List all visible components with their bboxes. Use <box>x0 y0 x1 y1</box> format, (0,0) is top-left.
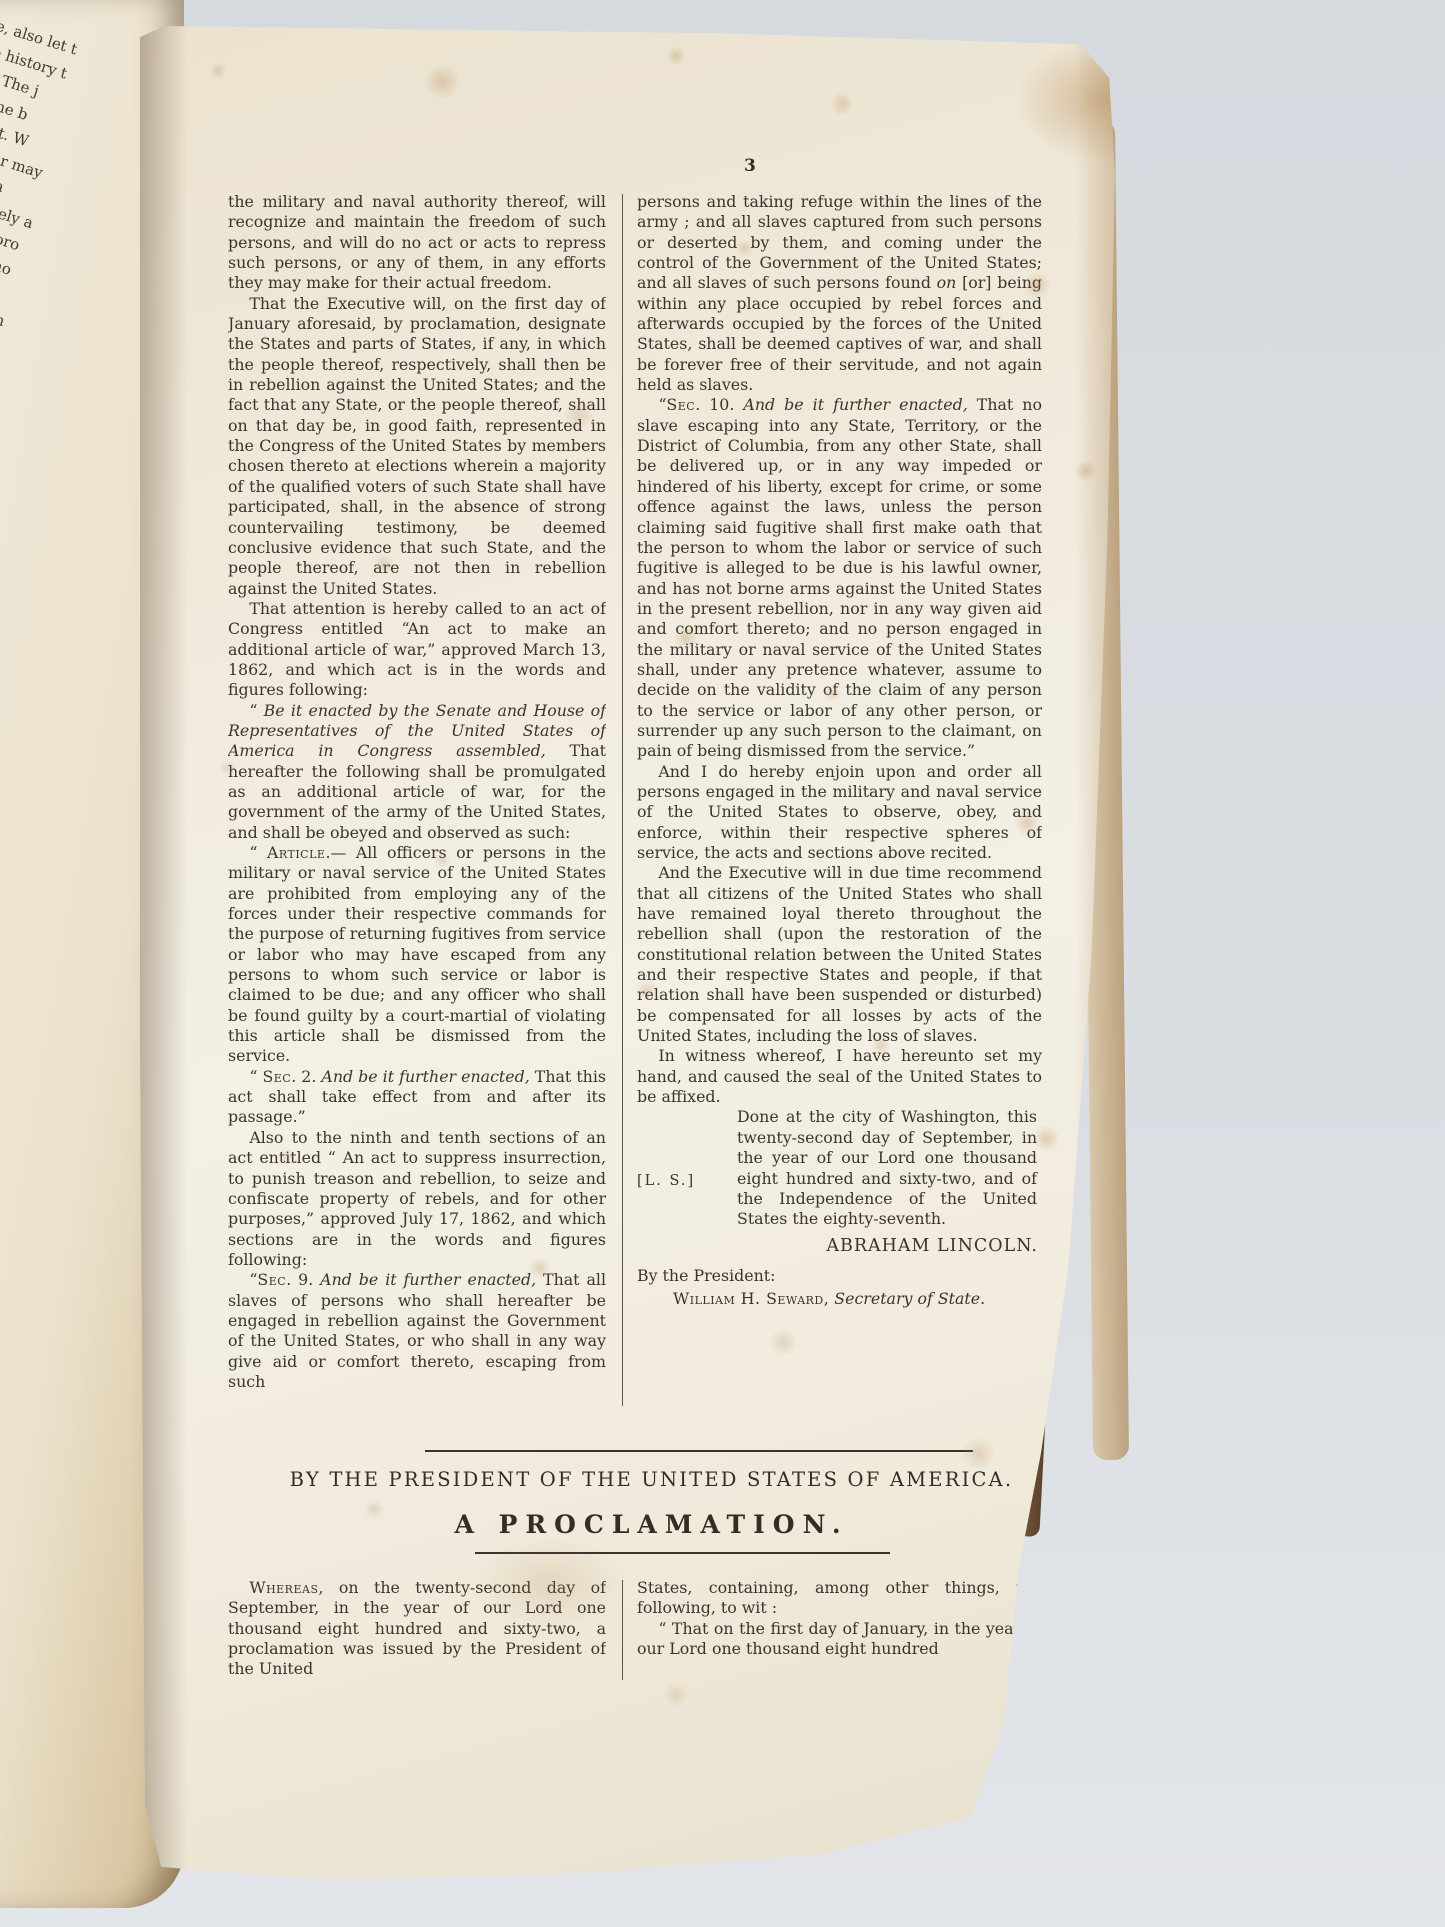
paragraph: Also to the ninth and tenth sections of … <box>228 1128 606 1270</box>
text-run: Article <box>267 843 325 862</box>
text-run: That no slave escaping into any State, T… <box>637 395 1042 760</box>
proclamation-text-columns: Whereas, on the twenty-second day of Sep… <box>228 1578 1042 1680</box>
text-run: “ <box>249 701 263 720</box>
text-run: Sec <box>257 1270 286 1289</box>
section-rule-top <box>425 1450 973 1452</box>
page-number: 3 <box>744 156 757 176</box>
text-run: William H. Seward, <box>673 1289 829 1308</box>
paragraph: “ That on the first day of January, in t… <box>637 1619 1042 1660</box>
text-run: And the Executive will in due time recom… <box>637 863 1042 1045</box>
text-run: And be it further enacted, <box>321 1067 529 1086</box>
text-run: Done at the city of Washington, this twe… <box>737 1107 1037 1228</box>
left-column: the military and naval authority thereof… <box>228 192 606 1406</box>
text-run: . 9. <box>286 1270 320 1289</box>
paragraph: Whereas, on the twenty-second day of Sep… <box>228 1578 606 1680</box>
paragraph: That the Executive will, on the first da… <box>228 294 606 599</box>
paragraph: “Sec. 9. And be it further enacted, That… <box>228 1270 606 1392</box>
page-content: 3 the military and naval authority there… <box>140 26 1115 1880</box>
proclamation-left-column: Whereas, on the twenty-second day of Sep… <box>228 1578 606 1680</box>
paragraph: States, containing, among other things, … <box>637 1578 1042 1619</box>
paragraph: “Sec. 10. And be it further enacted, Tha… <box>637 395 1042 761</box>
text-run: “ That on the first day of January, in t… <box>637 1619 1042 1658</box>
text-run: And be it further enacted, <box>320 1270 536 1289</box>
seal-mark: [L. S.] <box>637 1145 715 1191</box>
text-run: That attention is hereby called to an ac… <box>228 599 606 699</box>
paragraph: “ Be it enacted by the Senate and House … <box>228 701 606 843</box>
text-run: the military and naval authority thereof… <box>228 192 606 292</box>
text-run: Secretary of State. <box>829 1289 985 1308</box>
text-run: And be it further enacted, <box>743 395 967 414</box>
paragraph: And I do hereby enjoin upon and order al… <box>637 762 1042 864</box>
column-rule <box>622 194 623 1406</box>
section-rule-bottom <box>475 1552 890 1554</box>
paragraph: the military and naval authority thereof… <box>228 192 606 294</box>
text-run: States, containing, among other things, … <box>637 1578 1042 1617</box>
text-run: . 2. <box>291 1067 321 1086</box>
paragraph: And the Executive will in due time recom… <box>637 863 1042 1046</box>
text-run: By the President: <box>637 1266 775 1285</box>
text-run: Sec <box>666 395 695 414</box>
text-run: .— All officers or persons in the milita… <box>228 843 606 1065</box>
book-page: 3 the military and naval authority there… <box>140 26 1115 1880</box>
proclamation-subheading: A PROCLAMATION. <box>140 1510 1115 1539</box>
paragraph: [L. S.]Done at the city of Washington, t… <box>637 1107 1042 1229</box>
text-run: on <box>937 273 957 292</box>
paragraph: In witness whereof, I have hereunto set … <box>637 1046 1042 1107</box>
paragraph: That attention is hereby called to an ac… <box>228 599 606 701</box>
text-run: “ <box>249 843 267 862</box>
text-run: Whereas <box>249 1578 318 1597</box>
text-run: That the Executive will, on the first da… <box>228 294 606 598</box>
text-run: . 10. <box>695 395 743 414</box>
text-run: “ <box>249 1067 262 1086</box>
attestation-text: Done at the city of Washington, this twe… <box>737 1107 1037 1229</box>
text-run: In witness whereof, I have hereunto set … <box>637 1046 1042 1106</box>
paragraph: “ Article.— All officers or persons in t… <box>228 843 606 1067</box>
paragraph: persons and taking refuge within the lin… <box>637 192 1042 395</box>
paragraph: “ Sec. 2. And be it further enacted, Tha… <box>228 1067 606 1128</box>
proclamation-column-rule <box>622 1580 623 1680</box>
text-run: Also to the ninth and tenth sections of … <box>228 1128 606 1269</box>
proclamation-right-column: States, containing, among other things, … <box>637 1578 1042 1680</box>
lincoln-signature: ABRAHAM LINCOLN. <box>637 1230 1042 1258</box>
text-run: ABRAHAM LINCOLN. <box>826 1236 1038 1256</box>
proclamation-heading: BY THE PRESIDENT OF THE UNITED STATES OF… <box>140 1468 1115 1491</box>
text-run: And I do hereby enjoin upon and order al… <box>637 762 1042 862</box>
main-text-columns: the military and naval authority thereof… <box>228 192 1042 1406</box>
paragraph: By the President: <box>637 1258 1042 1287</box>
text-run: Sec <box>262 1067 291 1086</box>
seward-signature: William H. Seward, Secretary of State. <box>637 1287 1042 1310</box>
right-column: persons and taking refuge within the lin… <box>637 192 1042 1406</box>
